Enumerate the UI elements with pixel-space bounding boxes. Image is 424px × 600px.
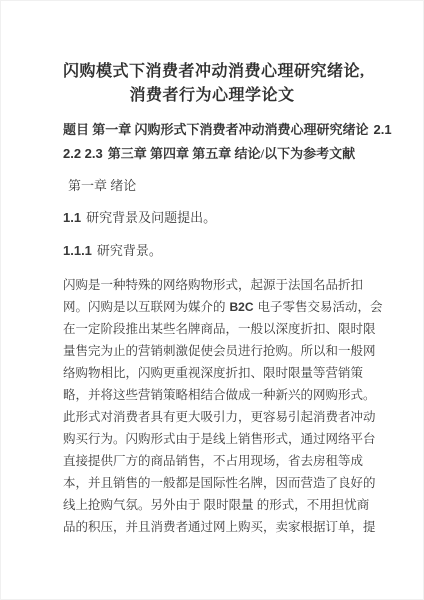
paragraph-line: 略，并将这些营销策略相结合做成一种新兴的网购形式。 xyxy=(63,384,361,406)
section-heading: 1.1研究背景及问题提出。 xyxy=(63,207,361,229)
document-title-line-1: 闪购模式下消费者冲动消费心理研究绪论, xyxy=(63,60,361,84)
document-title-line-2: 消费者行为心理学论文 xyxy=(63,84,361,108)
paragraph-line: 量售完为止的营销刺激促使会员进行抢购。所以和一般网 xyxy=(63,340,361,362)
table-of-contents: 题目 第一章 闪购形式下消费者冲动消费心理研究绪论2.1 2.2 2.3第三章 … xyxy=(63,118,361,166)
chapter-heading: 第一章 绪论 xyxy=(63,175,361,197)
paragraph-line-2-post: 电子零售交易活动，会 xyxy=(258,300,383,314)
document-page: 闪购模式下消费者冲动消费心理研究绪论, 消费者行为心理学论文 题目 第一章 闪购… xyxy=(0,0,424,600)
b2c-term: B2C xyxy=(230,300,254,314)
document-title: 闪购模式下消费者冲动消费心理研究绪论, 消费者行为心理学论文 xyxy=(63,60,361,108)
toc-line-2: 2.2 2.3第三章 第四章 第五章 结论/以下为参考文献 xyxy=(63,142,361,166)
paragraph-line: 闪购是一种特殊的网络购物形式，起源于法国名品折扣 xyxy=(63,274,361,296)
subsection-number: 1.1.1 xyxy=(63,243,92,258)
paragraph-line: 此形式对消费者具有更大吸引力，更容易引起消费者冲动 xyxy=(63,406,361,428)
toc-line-1: 题目 第一章 闪购形式下消费者冲动消费心理研究绪论2.1 xyxy=(63,118,361,142)
paragraph-line: 购买行为。闪购形式由于是线上销售形式，通过网络平台 xyxy=(63,428,361,450)
toc-line-1-number: 2.1 xyxy=(374,122,392,137)
subsection-title: 研究背景。 xyxy=(97,243,162,258)
paragraph-line: 网。闪购是以互联网为媒介的B2C电子零售交易活动，会 xyxy=(63,296,361,318)
paragraph-line-2-pre: 网。闪购是以互联网为媒介的 xyxy=(63,300,226,314)
paragraph-line: 络购物相比，闪购更重视深度折扣、限时限量等营销策 xyxy=(63,362,361,384)
section-number: 1.1 xyxy=(63,210,81,225)
toc-line-2-label: 第三章 第四章 第五章 结论/以下为参考文献 xyxy=(108,146,355,161)
toc-line-2-number: 2.2 2.3 xyxy=(63,146,103,161)
section-title: 研究背景及问题提出。 xyxy=(86,210,216,225)
subsection-heading: 1.1.1研究背景。 xyxy=(63,240,361,262)
paragraph-line: 本，并且销售的一般都是国际性名牌，因而营造了良好的 xyxy=(63,472,361,494)
paragraph-line: 品的积压，并且消费者通过网上购买，卖家根据订单，提 xyxy=(63,516,361,538)
paragraph-line: 在一定阶段推出某些名牌商品，一般以深度折扣、限时限 xyxy=(63,318,361,340)
toc-line-1-label: 题目 第一章 闪购形式下消费者冲动消费心理研究绪论 xyxy=(63,122,369,137)
paragraph-line: 线上抢购气氛。另外由于 限时限量 的形式，不用担忧商 xyxy=(63,494,361,516)
paragraph-line: 直接提供厂方的商品销售，不占用现场，省去房租等成 xyxy=(63,450,361,472)
body-paragraph: 闪购是一种特殊的网络购物形式，起源于法国名品折扣 网。闪购是以互联网为媒介的B2… xyxy=(63,274,361,538)
